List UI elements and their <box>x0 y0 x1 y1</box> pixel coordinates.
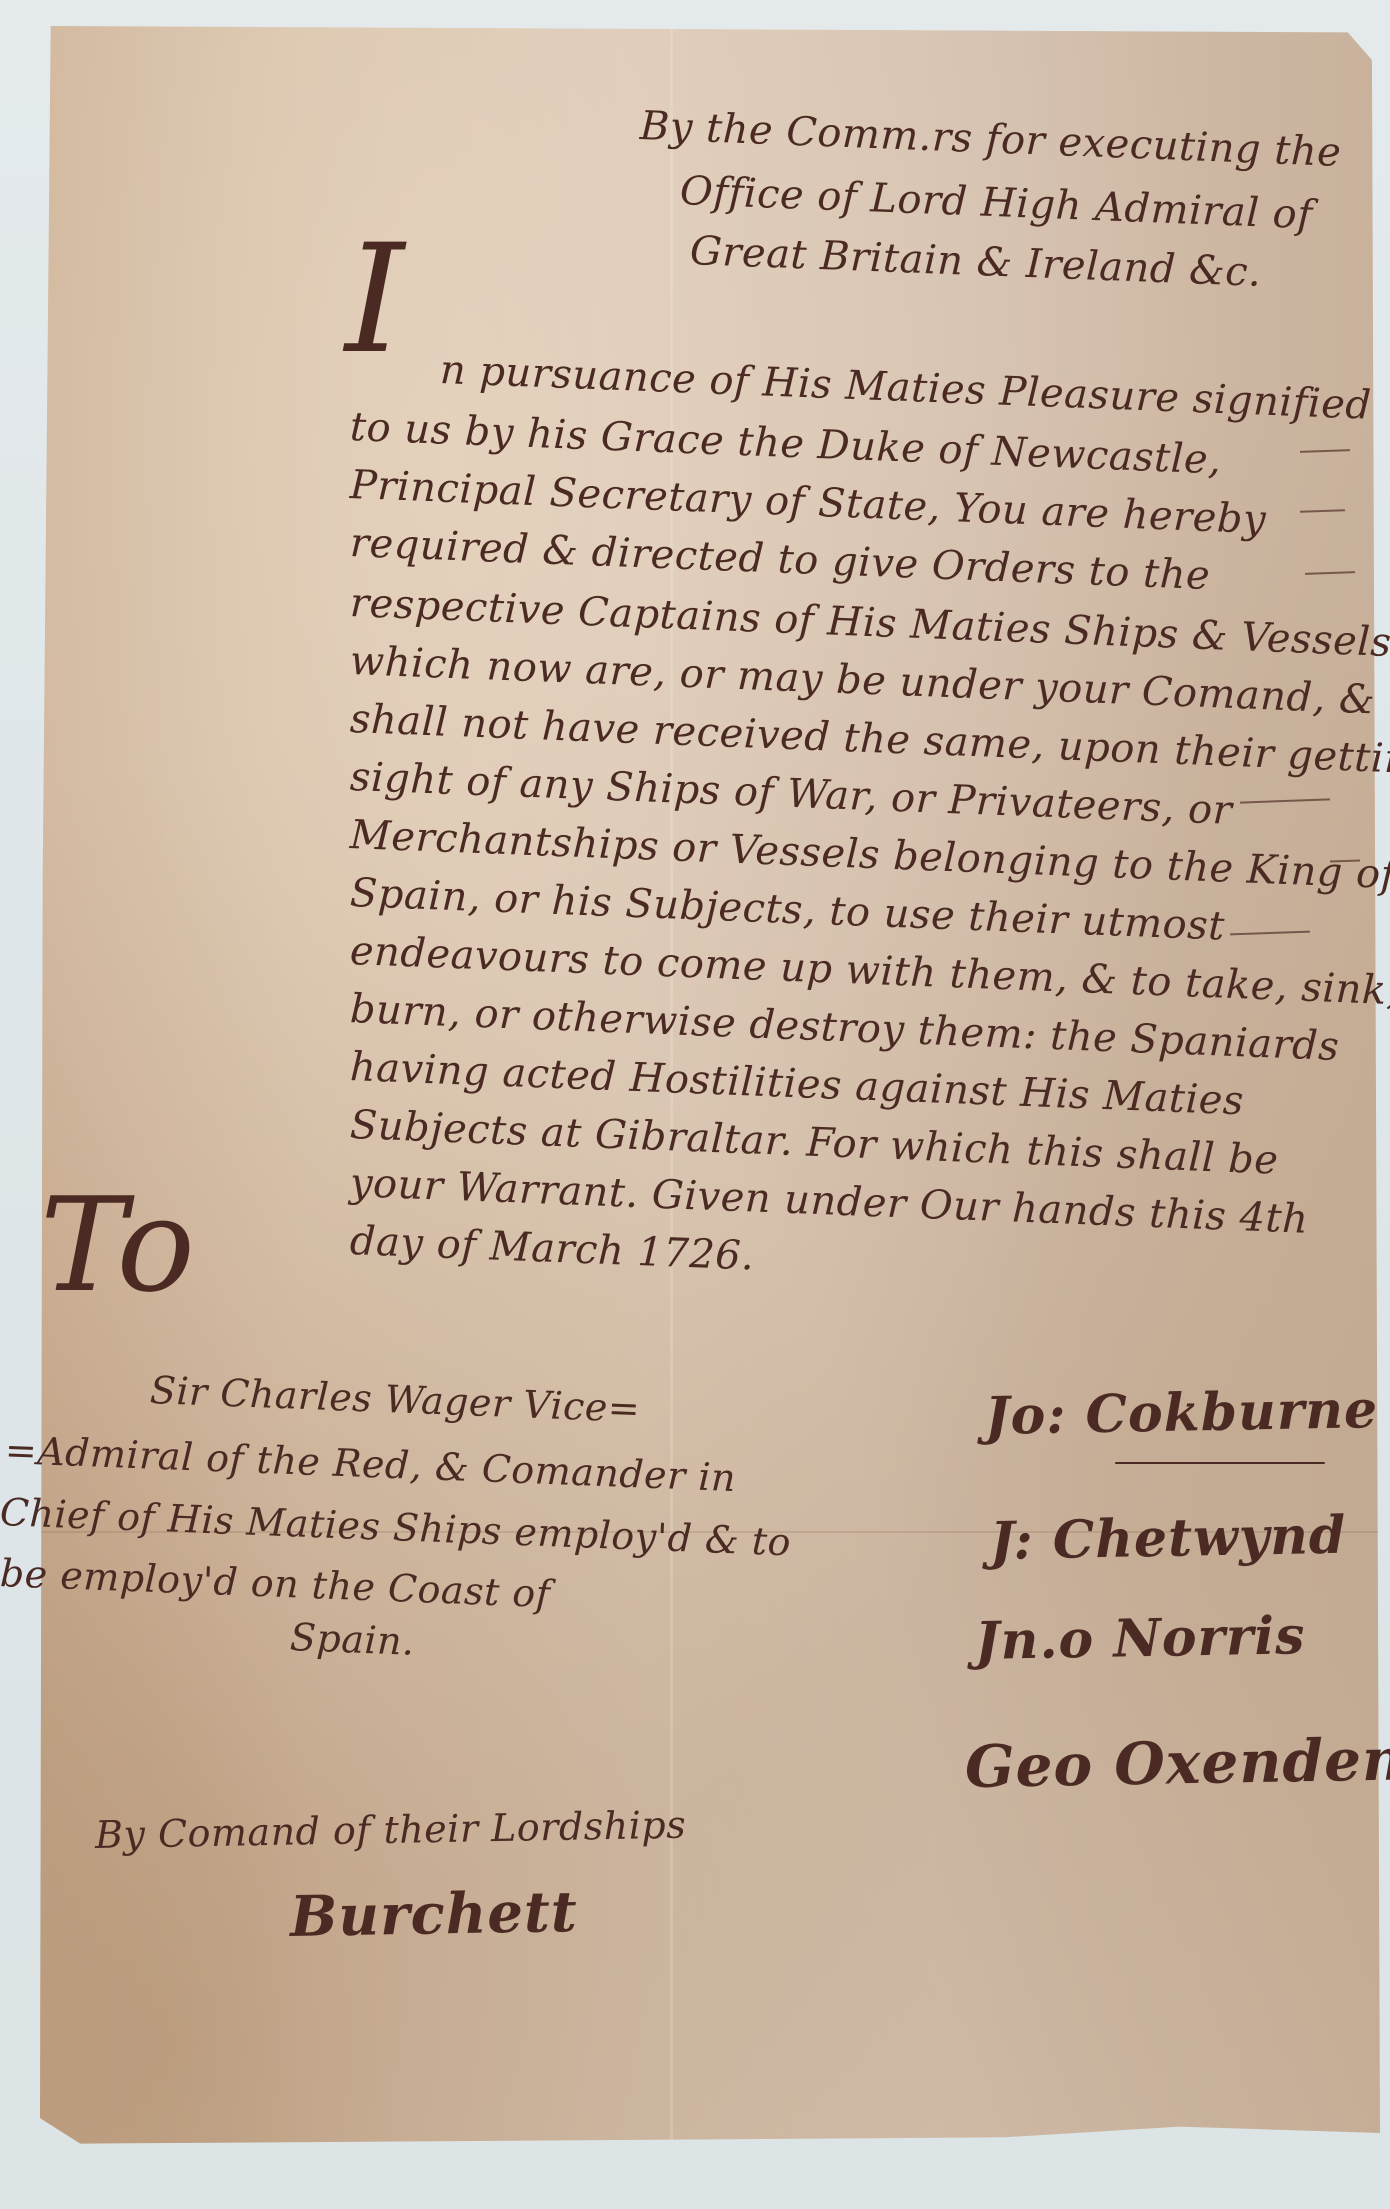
signature: Jo: Cokburne <box>984 1378 1378 1449</box>
addressee-line: Spain. <box>289 1612 416 1667</box>
signature: Geo Oxenden <box>964 1727 1390 1799</box>
attestation-line: By Comand of their Lordships <box>95 1800 687 1860</box>
addressee-initial: To <box>40 1180 195 1310</box>
signature-underline <box>1115 1462 1325 1464</box>
signature: Jn.o Norris <box>974 1604 1305 1674</box>
decorative-initial-letter: I <box>345 225 404 375</box>
secretary-signature: Burchett <box>289 1880 578 1949</box>
signature: J: Chetwynd <box>989 1504 1346 1574</box>
